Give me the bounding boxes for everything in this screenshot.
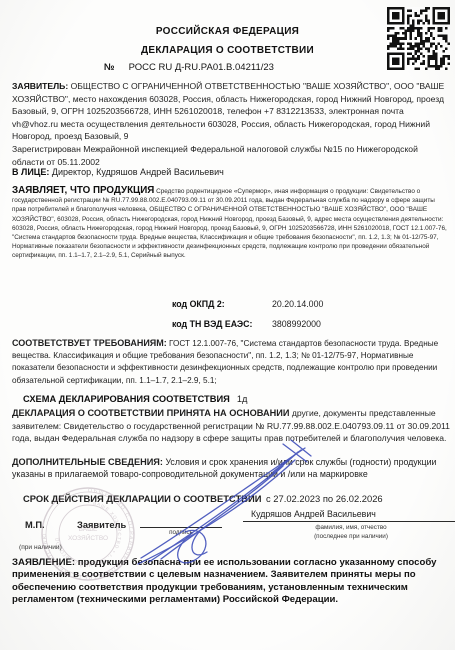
scheme-label: СХЕМА ДЕКЛАРИРОВАНИЯ СООТВЕТСТВИЯ [23, 394, 230, 404]
applicant-label: ЗАЯВИТЕЛЬ: [12, 81, 68, 91]
in-person-text: Директор, Кудряшов Андрей Васильевич [52, 167, 224, 177]
name-caption-1: фамилия, имя, отчество [243, 524, 455, 533]
declaration-number-row: №РОСС RU Д-RU.РА01.В.04211/23 [104, 62, 274, 73]
product-label: ЗАЯВЛЯЕТ, ЧТО ПРОДУКЦИЯ [12, 185, 154, 196]
requirements-label: СООТВЕТСТВУЕТ ТРЕБОВАНИЯМ: [12, 338, 167, 348]
signature-caption: подпись [140, 529, 222, 536]
basis-section: ДЕКЛАРАЦИЯ О СООТВЕТСТВИИ ПРИНЯТА НА ОСН… [12, 407, 450, 445]
applicant-text: ОБЩЕСТВО С ОГРАНИЧЕННОЙ ОТВЕТСТВЕННОСТЬЮ… [12, 81, 444, 141]
signer-name: Кудряшов Андрей Васильевич [243, 509, 455, 522]
declaration-document: РОССИЙСКАЯ ФЕДЕРАЦИЯ ДЕКЛАРАЦИЯ О СООТВЕ… [0, 0, 455, 650]
applicant-section: ЗАЯВИТЕЛЬ: ОБЩЕСТВО С ОГРАНИЧЕННОЙ ОТВЕТ… [12, 80, 448, 168]
tnved-code-label: код ТН ВЭД ЕАЭС: [172, 319, 252, 329]
statement-text: продукция безопасна при ее использовании… [12, 557, 437, 605]
name-caption-2: (последнее при наличии) [243, 533, 455, 542]
basis-label: ДЕКЛАРАЦИЯ О СООТВЕТСТВИИ ПРИНЯТА НА ОСН… [12, 408, 289, 418]
in-person-section: В ЛИЦЕ: Директор, Кудряшов Андрей Василь… [12, 166, 448, 179]
applicant-word: Заявитель [77, 520, 126, 530]
scheme-value: 1д [237, 394, 248, 404]
signer-name-block: Кудряшов Андрей Васильевич фамилия, имя,… [243, 509, 455, 541]
requirements-section: СООТВЕТСТВУЕТ ТРЕБОВАНИЯМ: ГОСТ 12.1.007… [12, 337, 442, 387]
tnved-code-row: код ТН ВЭД ЕАЭС: 3808992000 [0, 319, 455, 333]
product-section: ЗАЯВЛЯЕТ, ЧТО ПРОДУКЦИЯ Средство роденти… [12, 186, 449, 261]
additional-info-section: ДОПОЛНИТЕЛЬНЫЕ СВЕДЕНИЯ: Условия и срок … [12, 456, 442, 481]
statement-section: ЗАЯВЛЕНИЕ: продукция безопасна при ее ис… [12, 557, 442, 607]
validity-row: СРОК ДЕЙСТВИЯ ДЕКЛАРАЦИИ О СООТВЕТСТВИИ … [23, 493, 455, 504]
in-person-label: В ЛИЦЕ: [12, 167, 49, 177]
tnved-code-value: 3808992000 [272, 319, 321, 329]
validity-label: СРОК ДЕЙСТВИЯ ДЕКЛАРАЦИИ О СООТВЕТСТВИИ [23, 493, 261, 504]
mp-note: (при наличии) [19, 544, 62, 551]
mp-label: М.П. [25, 520, 45, 530]
declaration-number: РОСС RU Д-RU.РА01.В.04211/23 [129, 62, 274, 73]
signature-line [140, 505, 222, 528]
okpd-code-row: код ОКПД 2: 20.20.14.000 [0, 299, 455, 313]
signature-block: М.П. Заявитель подпись (при наличии) Куд… [0, 505, 455, 557]
product-text: Средство родентицидное «Супермор», иная … [12, 188, 447, 259]
number-label: № [104, 62, 115, 73]
okpd-code-value: 20.20.14.000 [272, 299, 323, 309]
page-title: ДЕКЛАРАЦИЯ О СООТВЕТСТВИИ [0, 45, 455, 56]
statement-label: ЗАЯВЛЕНИЕ: [12, 557, 75, 568]
validity-dates: с 27.02.2023 по 26.02.2026 [266, 493, 383, 504]
scheme-row: СХЕМА ДЕКЛАРИРОВАНИЯ СООТВЕТСТВИЯ1д [23, 394, 247, 404]
applicant-registration: Зарегистрирован Межрайонной инспекцией Ф… [12, 143, 448, 168]
additional-info-label: ДОПОЛНИТЕЛЬНЫЕ СВЕДЕНИЯ: [12, 457, 163, 467]
qr-code-icon [387, 7, 450, 70]
header-country: РОССИЙСКАЯ ФЕДЕРАЦИЯ [0, 26, 455, 37]
okpd-code-label: код ОКПД 2: [172, 299, 225, 309]
